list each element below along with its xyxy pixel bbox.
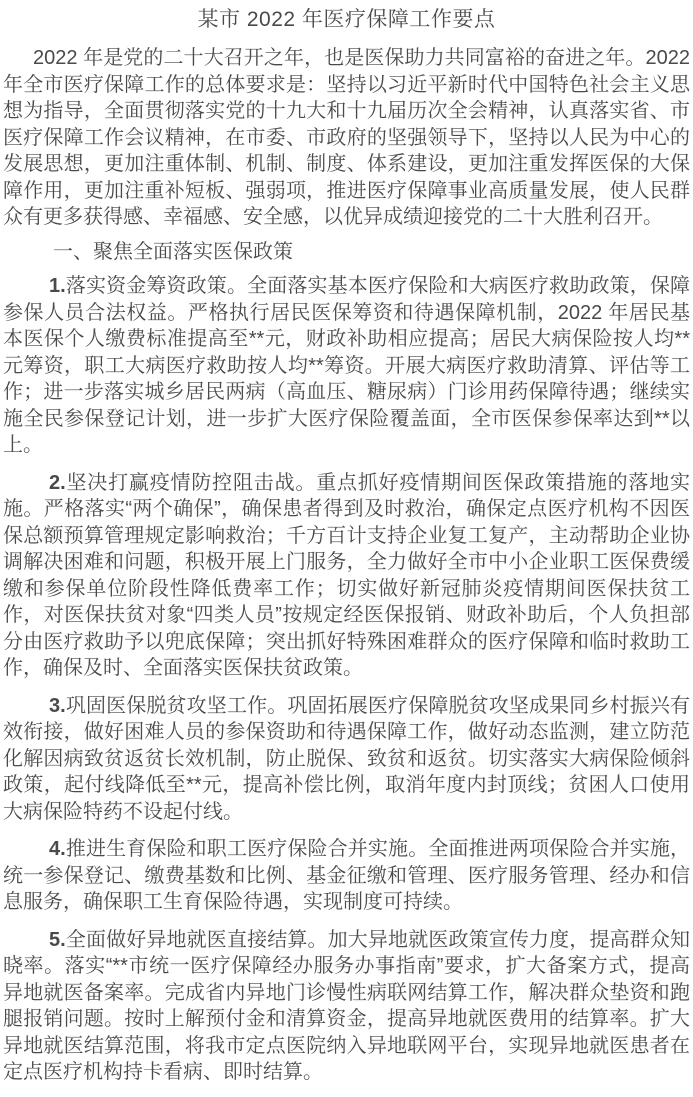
item-text-4: 推进生育保险和职工医疗保险合并实施。全面推进两项保险合并实施，统一参保登记、缴费… (3, 838, 690, 913)
item-number-1: 1. (49, 275, 66, 297)
item-paragraph-2: 2.坚决打赢疫情防控阻击战。重点抓好疫情期间医保政策措施的落地实施。严格落实“两… (3, 470, 690, 682)
item-number-4: 4. (49, 838, 66, 860)
item-text-2: 坚决打赢疫情防控阻击战。重点抓好疫情期间医保政策措施的落地实施。严格落实“两个确… (3, 472, 690, 680)
item-text-5: 全面做好异地就医直接结算。加大异地就医政策宣传力度，提高群众知晓率。落实“**市… (3, 929, 690, 1084)
item-paragraph-4: 4.推进生育保险和职工医疗保险合并实施。全面推进两项保险合并实施，统一参保登记、… (3, 836, 690, 916)
item-number-3: 3. (49, 695, 66, 717)
section-heading: 一、聚焦全面落实医保政策 (3, 239, 690, 266)
item-paragraph-1: 1.落实资金筹资政策。全面落实基本医疗保险和大病医疗救助政策，保障参保人员合法权… (3, 273, 690, 459)
document-page: 某市 2022 年医疗保障工作要点 2022 年是党的二十大召开之年，也是医保助… (0, 0, 693, 1097)
item-paragraph-5: 5.全面做好异地就医直接结算。加大异地就医政策宣传力度，提高群众知晓率。落实“*… (3, 927, 690, 1086)
item-text-1: 落实资金筹资政策。全面落实基本医疗保险和大病医疗救助政策，保障参保人员合法权益。… (3, 275, 690, 456)
intro-paragraph: 2022 年是党的二十大召开之年，也是医保助力共同富裕的奋进之年。2022 年全… (3, 45, 690, 231)
document-title: 某市 2022 年医疗保障工作要点 (3, 8, 690, 32)
item-number-2: 2. (49, 472, 66, 494)
item-number-5: 5. (49, 929, 66, 951)
item-paragraph-3: 3.巩固医保脱贫攻坚工作。巩固拓展医疗保障脱贫攻坚成果同乡村振兴有效衔接，做好困… (3, 693, 690, 826)
item-text-3: 巩固医保脱贫攻坚工作。巩固拓展医疗保障脱贫攻坚成果同乡村振兴有效衔接，做好困难人… (3, 695, 690, 823)
